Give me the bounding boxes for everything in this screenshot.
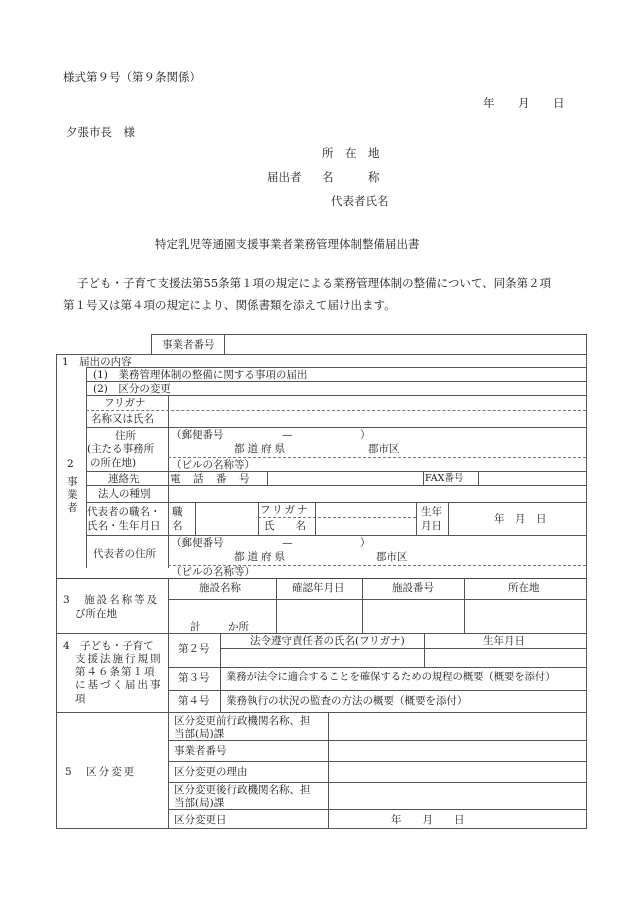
representative-label: 代表者氏名 — [331, 196, 389, 208]
section1-item-1[interactable]: (1) 業務管理体制の整備に関する事項の届出 — [93, 369, 307, 381]
compliance-birth-label: 生年月日 — [483, 635, 525, 647]
form-number: 様式第９号（第９条関係） — [63, 72, 201, 84]
before-agency-label-2: 当部(局)課 — [174, 728, 224, 740]
section5-label: 5 区分変更 — [65, 766, 136, 778]
applicant-role-label: 届出者 — [267, 172, 302, 184]
rep-address-field[interactable] — [170, 537, 584, 563]
after-agency-label-2: 当部(局)課 — [174, 797, 224, 809]
compliance-officer-label: 法令遵守責任者の氏名(フリガナ) — [250, 635, 405, 647]
title-field[interactable] — [197, 504, 257, 533]
furigana-field[interactable] — [170, 397, 584, 409]
row-no-3: 第３号 — [178, 672, 210, 684]
fax-label: FAX番号 — [425, 474, 463, 485]
change-business-number-label: 事業者番号 — [174, 745, 227, 757]
rep-name-label: 氏 名 — [264, 520, 306, 532]
name-field[interactable] — [170, 412, 584, 425]
section1-item-2[interactable]: (2) 区分の変更 — [93, 383, 171, 395]
address-label-3: の所在地) — [90, 457, 136, 469]
section3-label-2: び所在地 — [75, 608, 117, 620]
date-year: 年 — [483, 98, 495, 110]
rep-label-1: 代表者の職名・ — [87, 506, 161, 518]
section4-label-3: 第４６条第１項 — [75, 666, 156, 678]
fax-field[interactable] — [480, 472, 584, 484]
document-title: 特定乳児等通園支援事業者業務管理体制整備届出書 — [155, 239, 420, 251]
phone-field[interactable] — [269, 472, 421, 484]
location-field[interactable] — [466, 601, 584, 631]
row-no-4: 第４号 — [178, 695, 210, 707]
audit-method-label[interactable]: 業務執行の状況の監査の方法の概要（概要を添付） — [226, 695, 468, 707]
total-label: 計 — [190, 621, 201, 633]
change-date-label: 区分変更日 — [174, 814, 227, 826]
facility-count-field[interactable] — [202, 619, 227, 631]
change-reason-label: 区分変更の理由 — [174, 766, 248, 778]
change-date-value[interactable]: 年 月 日 — [391, 814, 465, 826]
date-day: 日 — [553, 98, 565, 110]
section2-label-2: 業 — [67, 489, 78, 501]
business-number-label: 事業者番号 — [162, 339, 215, 351]
addressee: 夕張市長 様 — [66, 127, 135, 139]
address-label-2: (主たる事務所 — [87, 443, 154, 455]
change-business-number-field[interactable] — [330, 742, 584, 759]
row-no-2: 第２号 — [178, 643, 210, 655]
birth-label-2: 月日 — [421, 520, 442, 532]
address-field[interactable] — [170, 429, 584, 455]
section4-label-1: 4 子ども・子育て — [63, 640, 154, 652]
section4-label-5: 項 — [75, 693, 86, 705]
change-reason-field[interactable] — [330, 763, 584, 780]
section4-label-2: 支援法施行規則 — [75, 653, 163, 665]
body-text-line-2: 第１号又は第４項の規定により、関係書類を添えて届け出ます。 — [63, 300, 396, 312]
date-month: 月 — [518, 98, 530, 110]
title-label-1: 職 — [172, 506, 183, 518]
name-label: 名称又は氏名 — [91, 413, 154, 425]
col-location: 所在地 — [508, 582, 540, 594]
body-text-line-1: 子ども・子育て支援法第55条第１項の規定による業務管理体制の整備について、同条第… — [77, 278, 551, 290]
corp-type-label: 法人の種別 — [98, 488, 151, 500]
birth-label-1: 生年 — [421, 506, 442, 518]
col-facility-name: 施設名称 — [199, 582, 241, 594]
rep-name-field[interactable] — [317, 519, 414, 533]
title-label-2: 名 — [172, 520, 183, 532]
section2-label-3: 者 — [67, 502, 78, 514]
after-agency-label-1: 区分変更後行政機関名称、担 — [174, 784, 311, 796]
after-agency-field[interactable] — [330, 784, 584, 808]
rep-address-label: 代表者の住所 — [93, 548, 156, 560]
col-confirm-date: 確認年月日 — [292, 582, 345, 594]
section4-label-4: に基づく届出事 — [75, 679, 163, 691]
rep-furigana-field[interactable] — [317, 504, 414, 516]
rep-label-2: 氏名・生年月日 — [87, 520, 161, 532]
facility-number-field[interactable] — [364, 601, 462, 631]
contact-label: 連絡先 — [108, 473, 140, 485]
building-label: （ビルの名称等） — [171, 459, 255, 471]
applicant-name-label: 名 称 — [322, 172, 380, 184]
compliance-birth-field[interactable] — [426, 650, 584, 665]
business-number-field[interactable] — [226, 336, 584, 352]
count-label: か所 — [228, 621, 249, 633]
rep-building-label: （ビルの名称等） — [171, 566, 255, 578]
corp-type-field[interactable] — [170, 487, 584, 499]
address-label-1: 住所 — [115, 430, 136, 442]
location-label: 所 在 地 — [322, 148, 380, 160]
compliance-officer-field[interactable] — [222, 650, 422, 665]
furigana-label: フリガナ — [104, 397, 145, 409]
col-facility-number: 施設番号 — [392, 582, 434, 594]
before-agency-label-1: 区分変更前行政機関名称、担 — [174, 715, 311, 727]
section2-label-1: 事 — [67, 476, 78, 488]
regulation-summary-label[interactable]: 業務が法令に適合することを確保するための規程の概要（概要を添付） — [226, 672, 556, 684]
section2-number: 2 — [67, 458, 74, 470]
section3-label-1: 3 施設名称等及 — [63, 594, 159, 606]
phone-label: 電 話 番 号 — [170, 473, 251, 485]
confirm-date-field[interactable] — [278, 601, 360, 631]
before-agency-field[interactable] — [330, 714, 584, 738]
rep-furigana-label: フリガナ — [260, 504, 309, 516]
birth-value[interactable]: 年 月 日 — [494, 513, 547, 525]
